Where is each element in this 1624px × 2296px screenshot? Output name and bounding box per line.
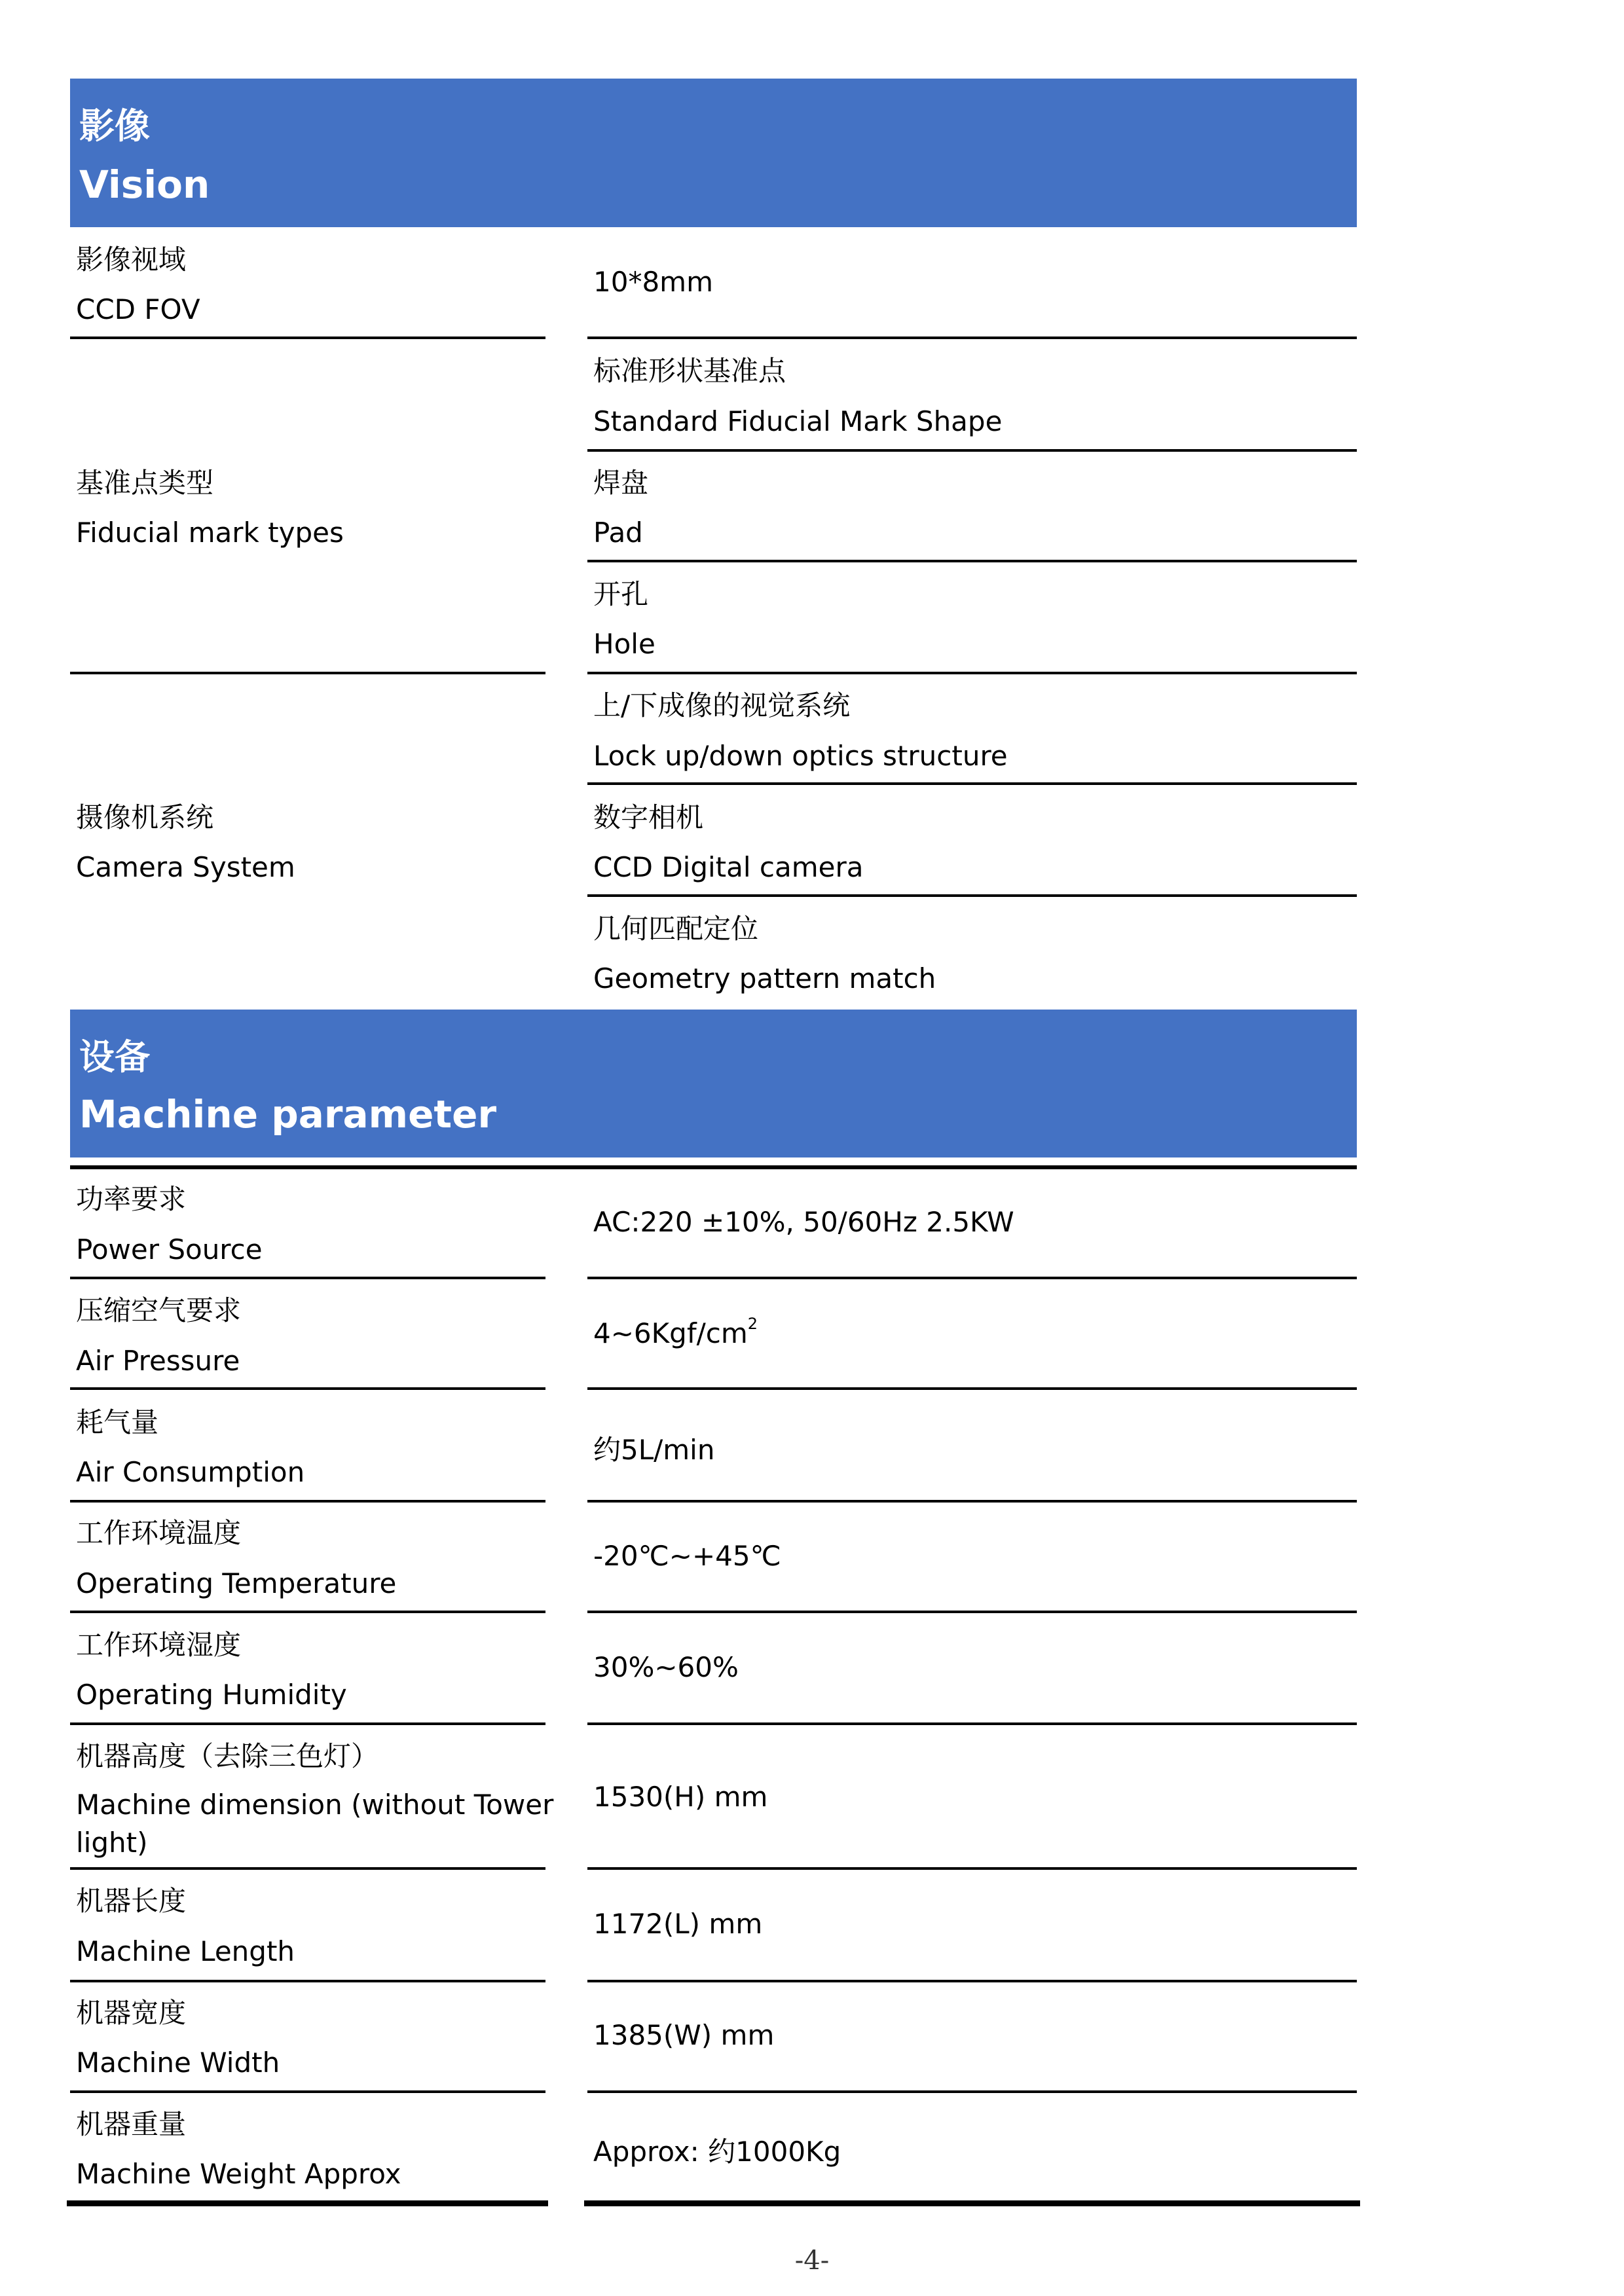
row-label-en: Machine Length	[76, 1935, 295, 1967]
row-divider	[587, 1500, 1357, 1503]
row-divider	[587, 1722, 1357, 1725]
section-title-en: Machine parameter	[79, 1092, 496, 1137]
row-label-en: Power Source	[76, 1233, 263, 1266]
section-title-en: Vision	[79, 162, 210, 207]
row-divider	[587, 449, 1357, 452]
row-divider	[587, 1867, 1357, 1870]
row-divider	[587, 894, 1357, 897]
row-divider	[70, 1611, 545, 1613]
row-value: 10*8mm	[593, 266, 713, 298]
row-value: 4~6Kgf/cm2	[593, 1317, 758, 1349]
row-value-zh: 几何匹配定位	[593, 907, 758, 947]
row-label-en-continued: light)	[76, 1827, 147, 1859]
table-bottom-rule	[67, 2200, 548, 2206]
row-divider	[587, 1387, 1357, 1390]
section-header-vision: 影像 Vision	[70, 79, 1357, 227]
row-value-en: CCD Digital camera	[593, 851, 864, 883]
row-label-zh: 功率要求	[76, 1178, 186, 1217]
row-value: -20℃~+45℃	[593, 1540, 781, 1572]
row-label-zh: 工作环境温度	[76, 1512, 241, 1551]
row-label-en: Operating Humidity	[76, 1679, 347, 1711]
value-superscript: 2	[748, 1315, 758, 1333]
row-value: Approx: 约1000Kg	[593, 2130, 841, 2170]
section-title-zh: 设备	[79, 1029, 150, 1080]
row-label-en: Camera System	[76, 851, 295, 883]
row-label-en: Air Consumption	[76, 1456, 304, 1488]
row-label-en: CCD FOV	[76, 293, 200, 325]
row-divider	[587, 560, 1357, 562]
row-divider	[70, 672, 545, 674]
row-value: 1385(W) mm	[593, 2019, 774, 2051]
row-divider	[70, 1500, 545, 1503]
row-value-en: Hole	[593, 628, 655, 660]
row-label-zh: 机器长度	[76, 1880, 186, 1919]
row-label-en: Machine Width	[76, 2047, 280, 2079]
row-divider	[70, 1277, 545, 1279]
row-label-zh: 机器重量	[76, 2103, 186, 2142]
row-label-zh: 影像视域	[76, 238, 186, 278]
row-label-en: Fiducial mark types	[76, 517, 344, 549]
row-value-zh: 焊盘	[593, 462, 648, 501]
row-label-zh: 耗气量	[76, 1401, 158, 1440]
value-text: 4~6Kgf/cm	[593, 1317, 748, 1349]
row-label-zh: 压缩空气要求	[76, 1289, 241, 1328]
row-divider	[70, 1980, 545, 1982]
row-divider	[70, 1867, 545, 1870]
row-value-zh: 上/下成像的视觉系统	[593, 684, 850, 723]
row-divider	[587, 1980, 1357, 1982]
row-label-zh: 机器宽度	[76, 1992, 186, 2031]
row-value-en: Pad	[593, 517, 643, 549]
row-value-zh: 开孔	[593, 573, 648, 612]
row-value: 约5L/min	[593, 1429, 714, 1468]
row-label-en: Machine Weight Approx	[76, 2158, 401, 2190]
row-value-zh: 标准形状基准点	[593, 350, 786, 389]
row-value-en: Geometry pattern match	[593, 962, 936, 994]
row-label-zh: 基准点类型	[76, 462, 213, 501]
row-divider	[70, 2090, 545, 2093]
row-divider	[70, 1722, 545, 1725]
row-label-en: Machine dimension (without Tower	[76, 1789, 553, 1821]
row-value-en: Standard Fiducial Mark Shape	[593, 405, 1002, 437]
row-label-zh: 摄像机系统	[76, 796, 213, 835]
row-label-zh: 工作环境湿度	[76, 1624, 241, 1663]
row-value: 1530(H) mm	[593, 1781, 767, 1813]
row-divider	[587, 672, 1357, 674]
row-value: 30%~60%	[593, 1651, 739, 1683]
row-divider	[587, 2090, 1357, 2093]
table-top-rule	[70, 1165, 1357, 1169]
row-divider	[587, 1277, 1357, 1279]
row-divider	[587, 337, 1357, 339]
table-bottom-rule	[584, 2200, 1360, 2206]
page-number: -4-	[0, 2246, 1624, 2276]
row-label-en: Operating Temperature	[76, 1567, 396, 1599]
row-value-zh: 数字相机	[593, 796, 703, 835]
row-divider	[587, 1611, 1357, 1613]
row-label-en: Air Pressure	[76, 1345, 240, 1377]
row-value: 1172(L) mm	[593, 1908, 762, 1940]
section-title-zh: 影像	[79, 98, 150, 149]
row-divider	[70, 1387, 545, 1390]
row-divider	[70, 337, 545, 339]
row-value-en: Lock up/down optics structure	[593, 740, 1008, 772]
section-header-machine: 设备 Machine parameter	[70, 1010, 1357, 1157]
row-divider	[587, 782, 1357, 785]
row-value: AC:220 ±10%, 50/60Hz 2.5KW	[593, 1206, 1014, 1238]
row-label-zh: 机器高度（去除三色灯）	[76, 1735, 378, 1774]
